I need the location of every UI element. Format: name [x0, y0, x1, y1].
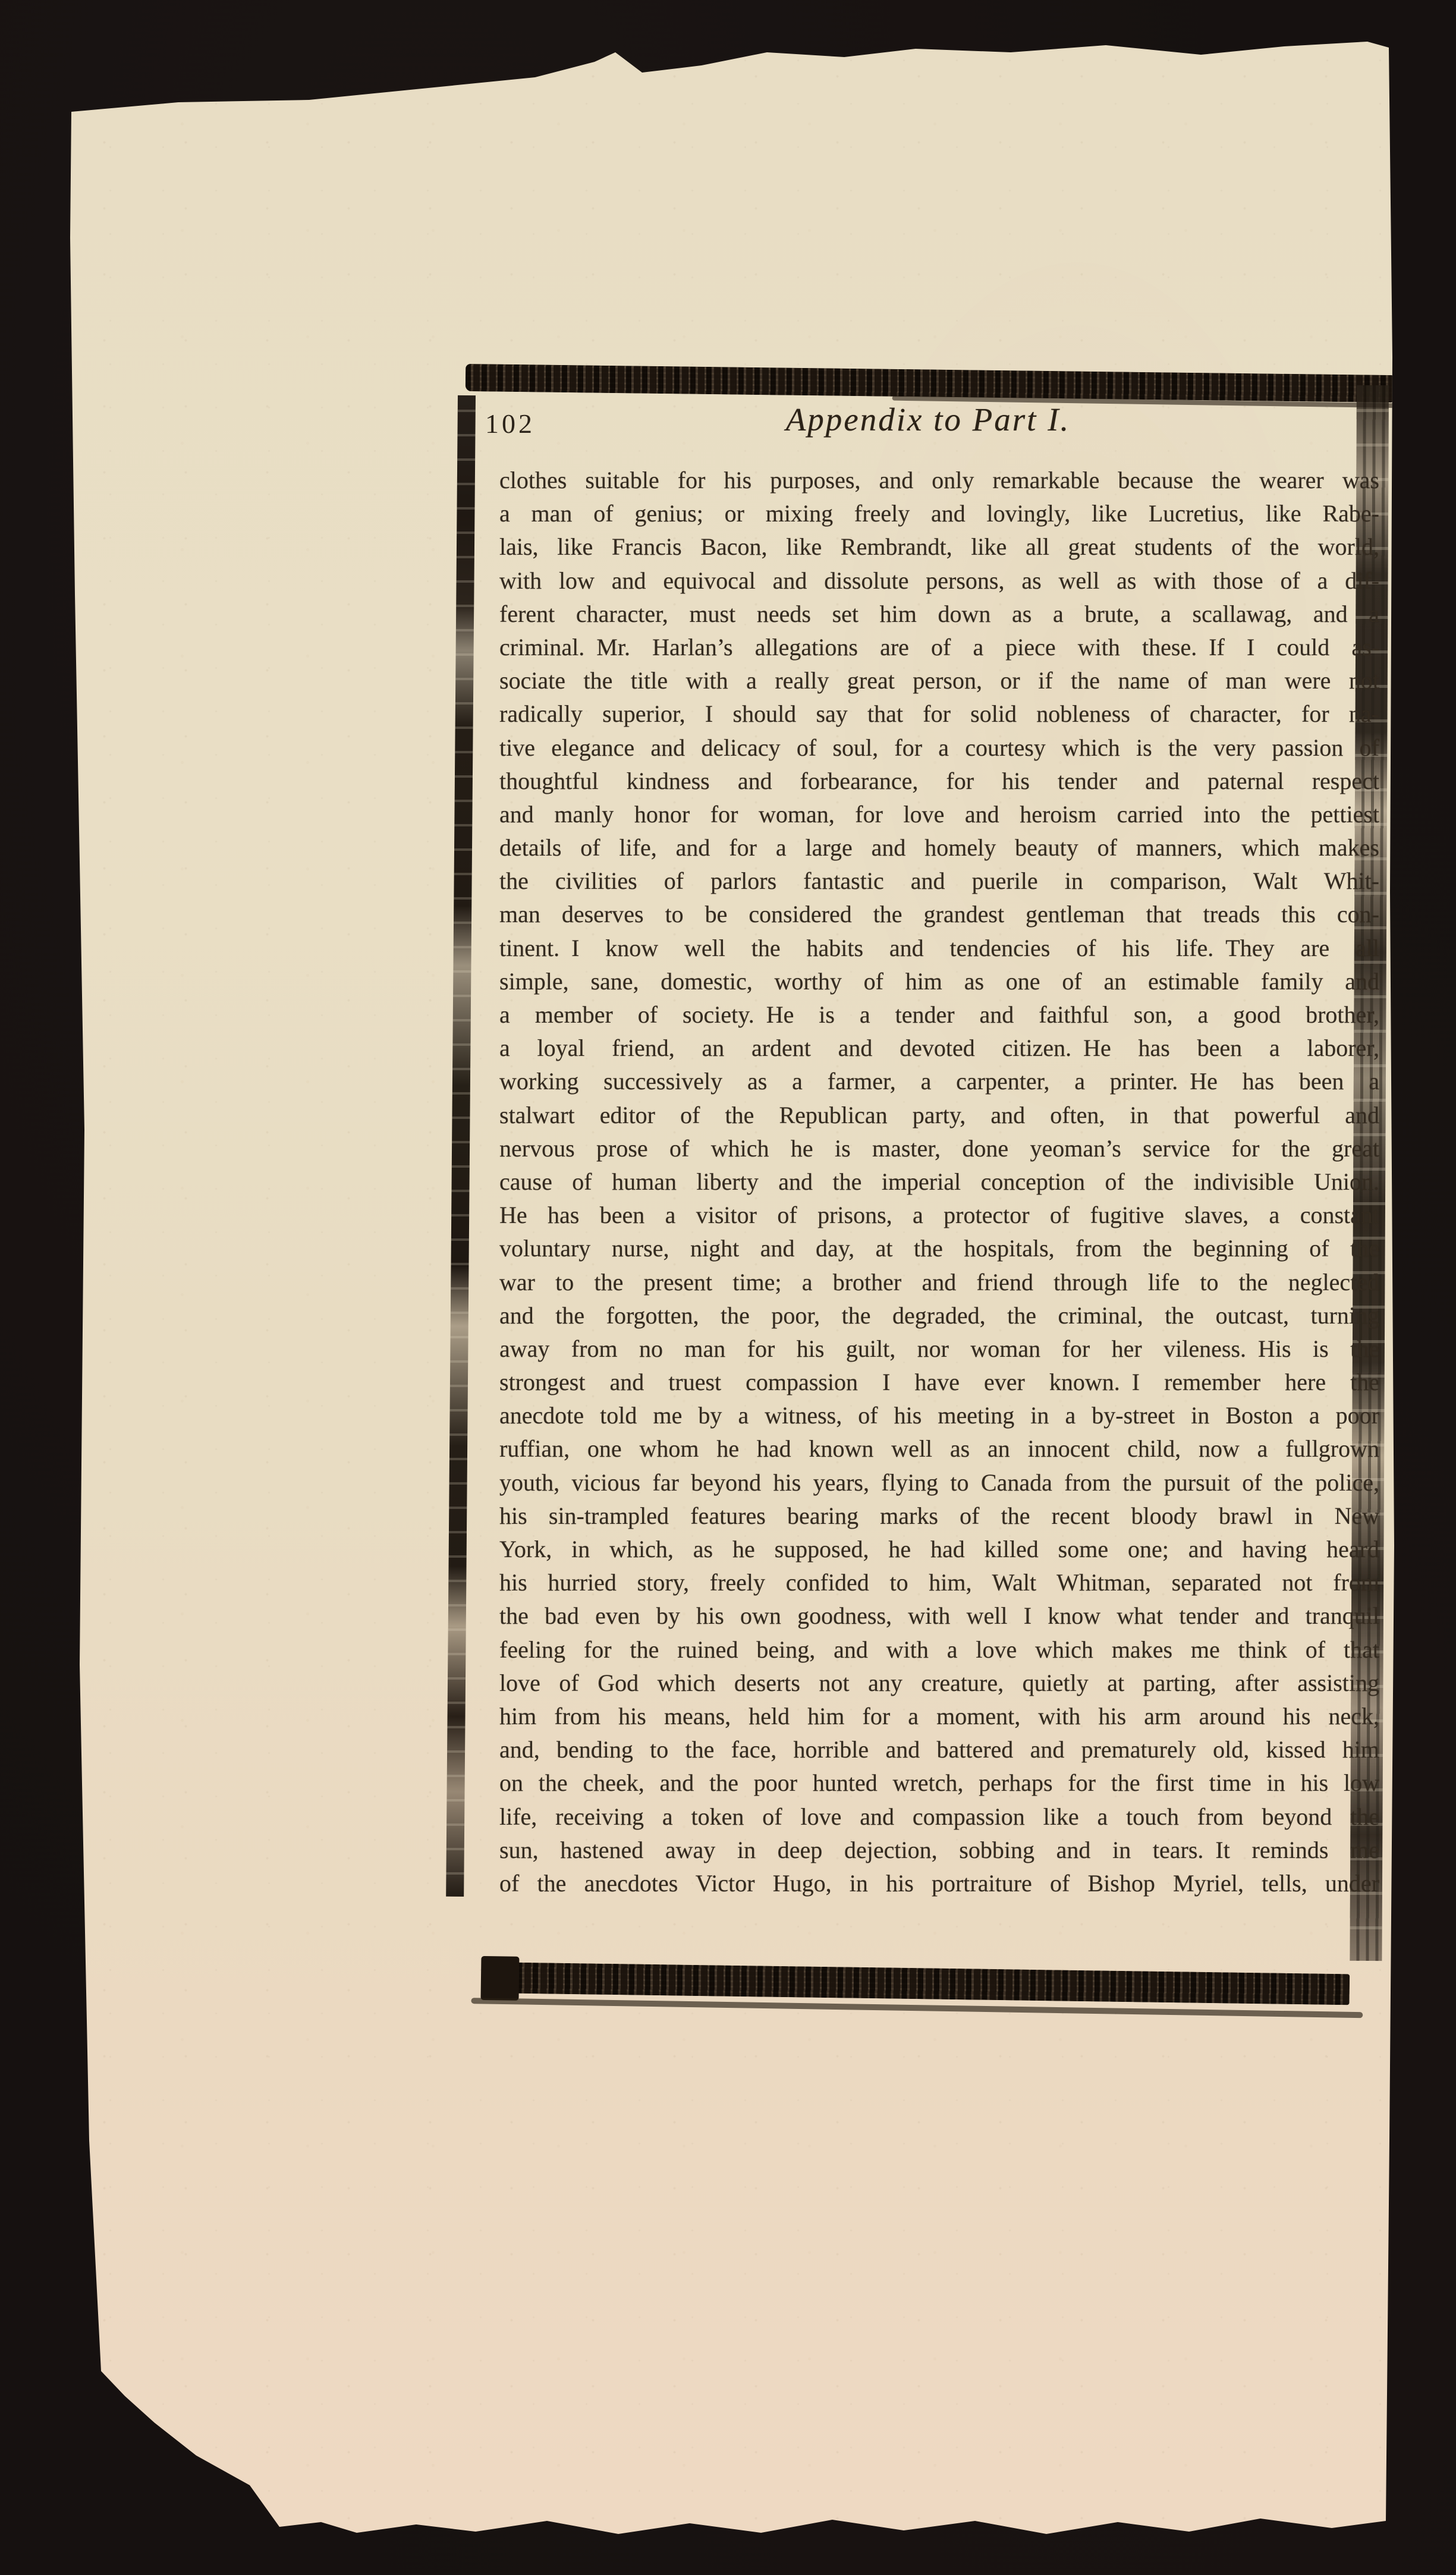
text-line: the bad even by his own goodness, with w… [499, 1599, 1379, 1633]
bottom-border-rule [485, 1962, 1350, 2005]
text-line: ruffian, one whom he had known well as a… [499, 1432, 1379, 1466]
text-line: his sin-trampled features bearing marks … [499, 1499, 1379, 1533]
text-line: on the cheek, and the poor hunted wretch… [499, 1766, 1379, 1800]
text-line: and the forgotten, the poor, the degrade… [499, 1299, 1379, 1332]
text-line: youth, vicious far beyond his years, fly… [499, 1466, 1379, 1499]
running-header-title: Appendix to Part I. [476, 401, 1380, 438]
text-line: criminal. Mr. Harlan’s allegations are o… [499, 631, 1379, 664]
text-line: love of God which deserts not any creatu… [499, 1667, 1379, 1700]
left-border-rule [446, 395, 476, 1897]
text-line: feeling for the ruined being, and with a… [499, 1633, 1379, 1667]
text-line: working successively as a farmer, a carp… [499, 1065, 1379, 1098]
text-line: his hurried story, freely confided to hi… [499, 1566, 1379, 1599]
text-line: lais, like Francis Bacon, like Rembrandt… [499, 530, 1379, 564]
text-line: stalwart editor of the Republican party,… [499, 1099, 1379, 1132]
page-paper: 102 Appendix to Part I. clothes suitable… [59, 36, 1398, 2540]
running-head: 102 Appendix to Part I. [476, 397, 1380, 457]
text-line: York, in which, as he supposed, he had k… [499, 1533, 1379, 1566]
text-line: life, receiving a token of love and comp… [499, 1800, 1379, 1834]
text-line: tinent. I know well the habits and tende… [499, 932, 1379, 965]
text-line: simple, sane, domestic, worthy of him as… [499, 965, 1379, 998]
text-line: of the anecdotes Victor Hugo, in his por… [499, 1867, 1379, 1900]
text-line: anecdote told me by a witness, of his me… [499, 1399, 1379, 1432]
text-line: with low and equivocal and dissolute per… [499, 564, 1379, 598]
text-line: tive elegance and delicacy of soul, for … [499, 731, 1379, 765]
text-line: a loyal friend, an ardent and devoted ci… [499, 1032, 1379, 1065]
text-line: the civilities of parlors fantastic and … [499, 864, 1379, 898]
text-line: ferent character, must needs set him dow… [499, 598, 1379, 631]
text-line: cause of human liberty and the imperial … [499, 1165, 1379, 1199]
text-line: He has been a visitor of prisons, a prot… [499, 1199, 1379, 1232]
text-line: man deserves to be considered the grande… [499, 898, 1379, 931]
text-line: him from his means, held him for a momen… [499, 1700, 1379, 1733]
scan-background: 102 Appendix to Part I. clothes suitable… [0, 0, 1456, 2575]
text-line: clothes suitable for his purposes, and o… [499, 464, 1379, 497]
text-line: strongest and truest compassion I have e… [499, 1366, 1379, 1399]
text-line: a member of society. He is a tender and … [499, 998, 1379, 1032]
text-line: sociate the title with a really great pe… [499, 664, 1379, 697]
text-line: nervous prose of which he is master, don… [499, 1132, 1379, 1165]
body-text: clothes suitable for his purposes, and o… [499, 464, 1379, 1900]
text-line: thoughtful kindness and forbearance, for… [499, 765, 1379, 798]
text-line: war to the present time; a brother and f… [499, 1266, 1379, 1299]
text-line: sun, hastened away in deep dejection, so… [499, 1834, 1379, 1867]
text-line: voluntary nurse, night and day, at the h… [499, 1232, 1379, 1265]
text-line: and manly honor for woman, for love and … [499, 798, 1379, 831]
text-line: and, bending to the face, horrible and b… [499, 1733, 1379, 1766]
text-line: away from no man for his guilt, nor woma… [499, 1332, 1379, 1366]
text-line: a man of genius; or mixing freely and lo… [499, 497, 1379, 530]
text-line: radically superior, I should say that fo… [499, 697, 1379, 731]
text-line: details of life, and for a large and hom… [499, 831, 1379, 864]
